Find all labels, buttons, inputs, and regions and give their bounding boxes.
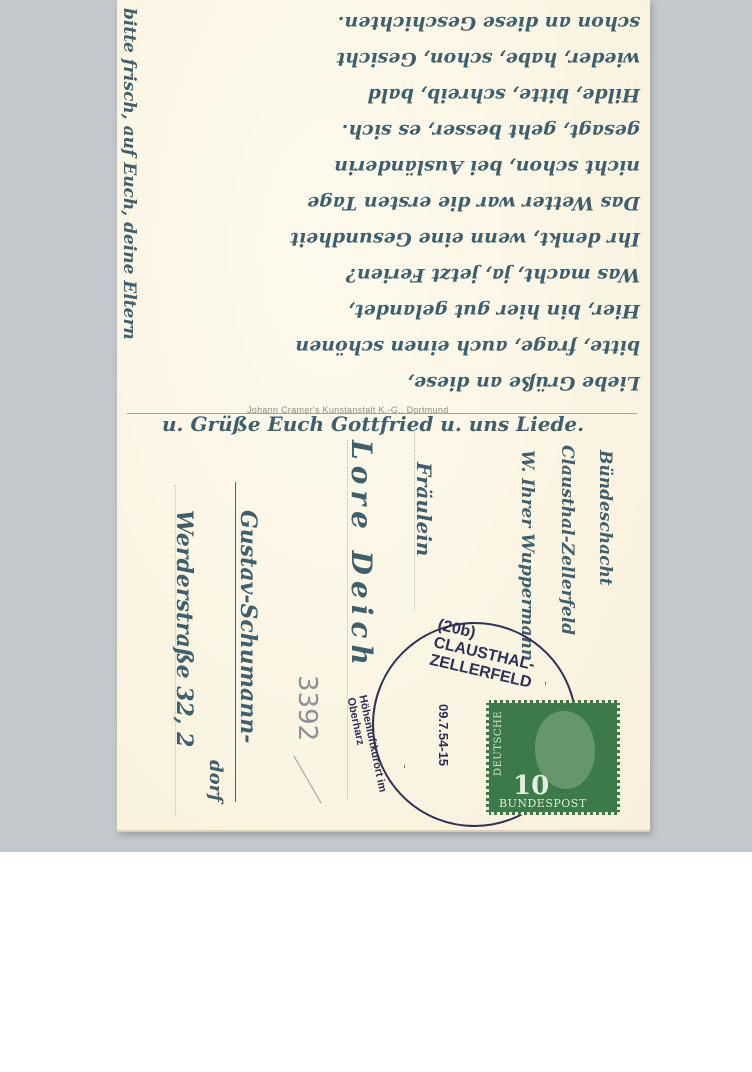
closing-line: u. Grüße Euch Gottfried u. uns Liede. [162, 412, 584, 436]
message-line: Was macht, ja, jetzt Ferien? [130, 264, 640, 286]
message-line: Hilde, bitte, schreib, bald [130, 84, 640, 106]
archive-number: 3392 [292, 675, 322, 741]
sender-line: W. Ihrer Wuppermann [517, 450, 537, 661]
stamp-issuer: BUNDESPOST [499, 797, 587, 810]
address-salutation: Fräulein [412, 462, 436, 556]
message-line: Liebe Grüße an diese, [130, 372, 640, 394]
message-line: nicht schon, bei Ausländerin [130, 156, 640, 178]
message-block: Liebe Grüße an diese, bitte, frage, auch… [117, 0, 650, 400]
address-street: Gustav-Schumann- [235, 510, 261, 743]
margin-greeting: bitte frisch, auf Euch, deine Eltern [119, 8, 139, 340]
message-line: gesagt, geht besser, es sich. [130, 120, 640, 142]
message-line: wieder, habe, schon, Gesicht [130, 48, 640, 70]
message-line: schon an diese Geschichten. [130, 12, 640, 34]
sender-line: Bündeschacht [595, 450, 615, 586]
postmark-date: 09.7.54-15 [436, 704, 451, 766]
message-line: Hier, bin hier gut gelandet, [130, 300, 640, 322]
address-house: Werderstraße 32, 2 [171, 510, 197, 747]
archive-slash [293, 755, 321, 803]
message-line: bitte, frage, auch einen schönen [130, 336, 640, 358]
message-line: Das Wetter war die ersten Tage [130, 192, 640, 214]
stamp-country: DEUTSCHE [493, 711, 504, 776]
message-line: Ihr denkt, wenn eine Gesundheit [130, 228, 640, 250]
postage-stamp: DEUTSCHE 10 BUNDESPOST [486, 700, 620, 815]
sender-line: Clausthal-Zellerfeld [557, 445, 577, 635]
address-name: Lore Deich [345, 440, 378, 671]
address-place: dorf [205, 760, 226, 802]
